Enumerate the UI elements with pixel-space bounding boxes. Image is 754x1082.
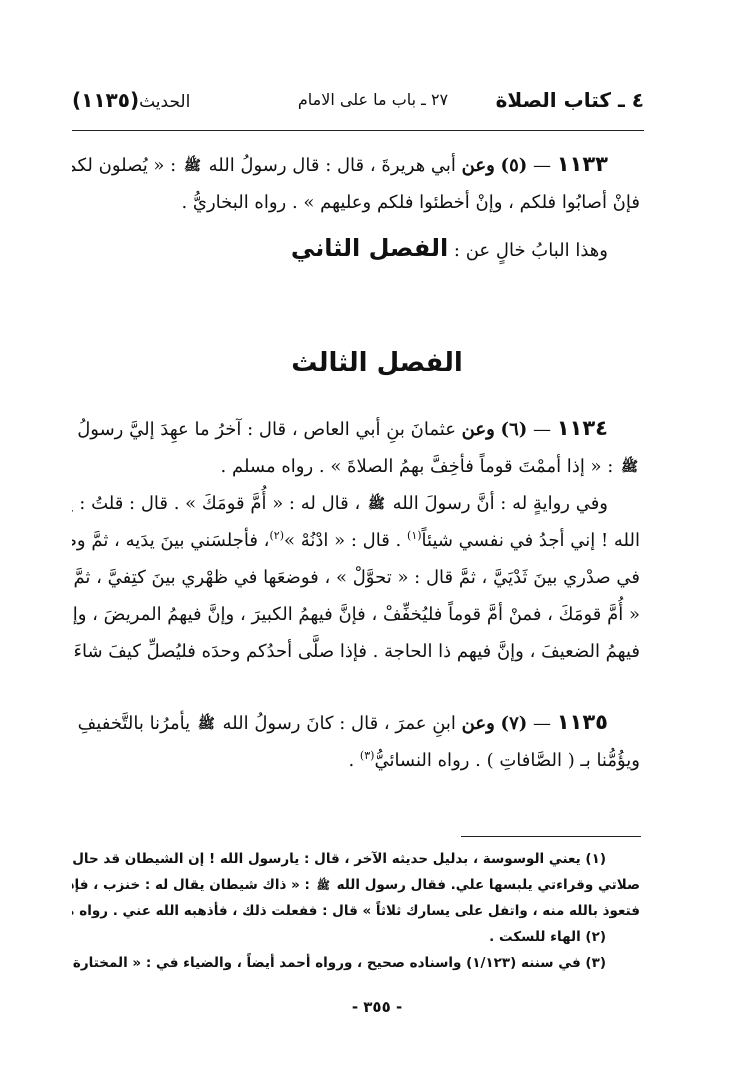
hadith-text: ويؤُمُّنا بـ ( الصَّافاتِ ) . رواه النسا… [374, 750, 640, 771]
footnote-3: (٣) في سننه (١/١٢٣) واسناده صحيح ، ورواه… [72, 950, 640, 976]
hadith-text: وفي روايةٍ له : أنَّ رسولَ الله [393, 493, 608, 514]
hadith-1133-line-1: ١١٣٣ — (٥) وعن أبي هريرةَ ، قال : قال رس… [72, 146, 640, 184]
footnote-text: في سننه (١/١٢٣) واسناده صحيح ، ورواه أحم… [72, 955, 585, 971]
salla-allahu-alayhi-wasallam-icon: ﷺ [366, 497, 387, 511]
footnote-marker-2: (٢) [585, 929, 606, 945]
footnote-1-line-3: فتعوذ بالله منه ، واتفل على يسارك ثلاثاً… [72, 898, 640, 924]
header-divider [72, 130, 644, 131]
narrator-intro: وعن [462, 419, 495, 440]
hadith-text: الله ! إني أجدُ في نفسي شيئاً [422, 530, 640, 551]
hadith-1134: ١١٣٤ — (٦) وعن عثمانَ بنِ أبي العاص ، قا… [72, 410, 640, 670]
hadith-text: : « إذا أممْتَ قوماً فأخِفَّ بهمُ الصلاة… [221, 456, 620, 477]
hadith-range-label: الحديث(١١٣٥) [72, 88, 190, 112]
hadith-1133: ١١٣٣ — (٥) وعن أبي هريرةَ ، قال : قال رس… [72, 146, 640, 221]
section-note-text: وهذا البابُ خالٍ عن : [448, 240, 608, 261]
hadith-1134-line-4: الله ! إني أجدُ في نفسي شيئاً(١) . قال :… [72, 522, 640, 559]
hadith-1135: ١١٣٥ — (٧) وعن ابنِ عمرَ ، قال : كانَ رس… [72, 704, 640, 779]
dash: — [527, 155, 556, 176]
hadith-1134-line-3: وفي روايةٍ له : أنَّ رسولَ الله ﷺ ، قال … [72, 485, 640, 522]
footnote-2: (٢) الهاء للسكت . [72, 924, 640, 950]
hadith-index: (٦) [501, 419, 528, 440]
hadith-1135-line-1: ١١٣٥ — (٧) وعن ابنِ عمرَ ، قال : كانَ رس… [72, 704, 640, 742]
hadith-1134-line-5: في صدْري بينَ ثَدْيَيَّ ، ثمَّ قال : « ت… [72, 559, 640, 596]
footnote-divider [461, 836, 641, 837]
narrator-intro: وعن [462, 713, 495, 734]
hadith-text: : « يُصلون لكم [72, 155, 182, 176]
footnote-ref-3[interactable]: (٣) [360, 749, 375, 762]
hadith-number: ١١٣٥ [557, 710, 608, 734]
footnote-ref-1[interactable]: (١) [407, 529, 422, 542]
hadith-number: ١١٣٣ [557, 152, 608, 176]
hadith-text: ، فأجلسَني بينَ يدَيه ، ثمَّ وضعَ كفَّه [72, 530, 270, 551]
book-page: ٤ ـ كتاب الصلاة ٢٧ ـ باب ما على الامام ا… [0, 0, 754, 1082]
hadith-1134-line-1: ١١٣٤ — (٦) وعن عثمانَ بنِ أبي العاص ، قا… [72, 410, 640, 448]
footnote-marker-1: (١) [585, 851, 606, 867]
chapter-title: ٢٧ ـ باب ما على الامام [298, 90, 448, 109]
hadith-text: . قال : « ادْنُهْ » [284, 530, 407, 551]
footnote-1-line-1: (١) يعني الوسوسة ، بدليل حديثه الآخر ، ق… [72, 846, 640, 872]
footnote-text: الهاء للسكت . [489, 929, 585, 945]
section-title-third: الفصل الثالث [0, 348, 754, 378]
hadith-index: (٥) [501, 155, 528, 176]
hadith-1134-line-2: ﷺ : « إذا أممْتَ قوماً فأخِفَّ بهمُ الصل… [72, 448, 640, 485]
salla-allahu-alayhi-wasallam-icon: ﷺ [619, 460, 640, 474]
hadith-text: ابنِ عمرَ ، قال : كانَ رسولُ الله [223, 713, 462, 734]
hadith-text: أبي هريرةَ ، قال : قال رسولُ الله [209, 155, 462, 176]
footnote-marker-3: (٣) [585, 955, 606, 971]
footnotes: (١) يعني الوسوسة ، بدليل حديثه الآخر ، ق… [72, 846, 640, 976]
hadith-text: . [348, 750, 359, 771]
hadith-number: ١١٣٤ [557, 416, 608, 440]
salla-allahu-alayhi-wasallam-icon: ﷺ [182, 159, 203, 173]
page-number: - ٣٥٥ - [0, 998, 754, 1016]
dash: — [527, 713, 556, 734]
hadith-1135-line-2: ويؤُمُّنا بـ ( الصَّافاتِ ) . رواه النسا… [72, 742, 640, 779]
hadith-text: يأمرُنا بالتَّخفيفِ ، [72, 713, 196, 734]
section-title-second: الفصل الثاني [291, 234, 448, 262]
narrator-intro: وعن [462, 155, 495, 176]
hadith-1134-line-6: « أُمَّ قومَكَ ، فمنْ أمَّ قوماً فليُخفِ… [72, 596, 640, 633]
salla-allahu-alayhi-wasallam-icon: ﷺ [315, 880, 332, 891]
section-note-line: وهذا البابُ خالٍ عن : الفصل الثاني [72, 228, 640, 271]
hadith-text: عثمانَ بنِ أبي العاص ، قال : آخرُ ما عهِ… [72, 419, 462, 440]
footnote-1-line-2: صلاتي وقراءتي يلبسها علي. فقال رسول الله… [72, 872, 640, 898]
hadith-1134-line-7: فيهمُ الضعيفَ ، وإنَّ فيهم ذا الحاجة . ف… [72, 633, 640, 670]
hadith-range: (١١٣٥) [72, 88, 139, 112]
hadith-label: الحديث [139, 92, 190, 112]
footnote-text: : « ذاك شيطان يقال له : خنزب ، فإذا أحسس… [72, 877, 315, 893]
dash: — [527, 419, 556, 440]
second-section-note: وهذا البابُ خالٍ عن : الفصل الثاني [72, 228, 640, 271]
running-header: ٤ ـ كتاب الصلاة ٢٧ ـ باب ما على الامام ا… [72, 86, 644, 120]
hadith-index: (٧) [501, 713, 528, 734]
footnote-ref-2[interactable]: (٢) [270, 529, 285, 542]
footnote-text: صلاتي وقراءتي يلبسها علي. فقال رسول الله [337, 877, 640, 893]
hadith-text: ، قال له : « أُمَّ قومَكَ » . قال : قلتُ… [72, 493, 366, 514]
book-title: ٤ ـ كتاب الصلاة [496, 88, 644, 112]
footnote-text: يعني الوسوسة ، بدليل حديثه الآخر ، قال :… [72, 851, 585, 867]
hadith-1133-line-2: فإنْ أصابُوا فلكم ، وإنْ أخطئوا فلكم وعل… [72, 184, 640, 221]
salla-allahu-alayhi-wasallam-icon: ﷺ [196, 717, 217, 731]
